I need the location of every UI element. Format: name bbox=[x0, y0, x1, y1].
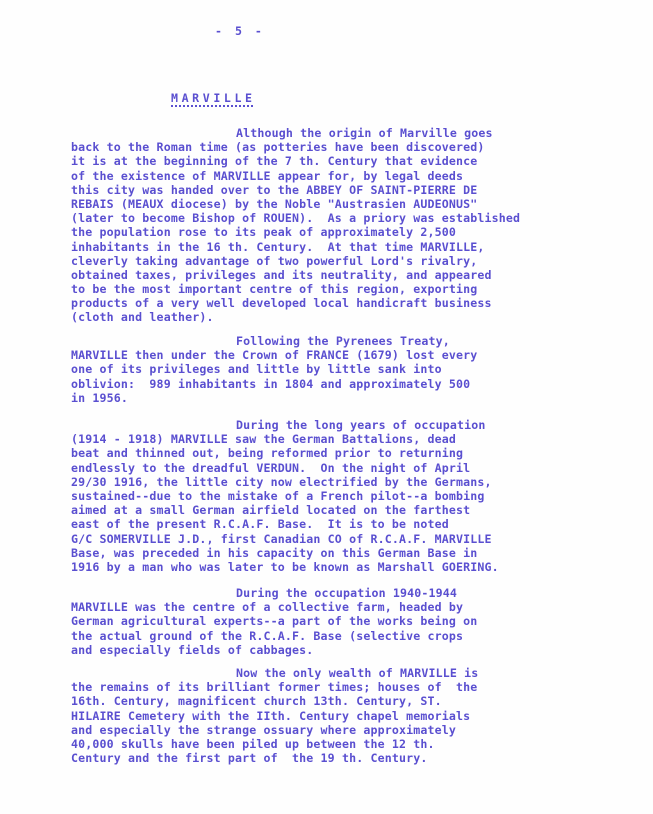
text-line: (later to become Bishop of ROUEN). As a … bbox=[71, 211, 520, 225]
text-line: it is at the beginning of the 7 th. Cent… bbox=[71, 154, 520, 168]
text-line: 29/30 1916, the little city now electrif… bbox=[71, 475, 499, 489]
text-line: MARVILLE was the centre of a collective … bbox=[71, 600, 477, 614]
text-line: products of a very well developed local … bbox=[71, 296, 520, 310]
text-line: one of its privileges and little by litt… bbox=[71, 362, 477, 376]
text-line: German agricultural experts--a part of t… bbox=[71, 614, 477, 628]
text-line: obtained taxes, privileges and its neutr… bbox=[71, 268, 520, 282]
page-number: - 5 - bbox=[215, 24, 265, 38]
text-line: in 1956. bbox=[71, 391, 477, 405]
paragraph-present-wealth: Now the only wealth of MARVILLE isthe re… bbox=[71, 666, 478, 765]
text-line: (cloth and leather). bbox=[71, 310, 520, 324]
text-line: this city was handed over to the ABBEY O… bbox=[71, 183, 520, 197]
text-line: sustained--due to the mistake of a Frenc… bbox=[71, 489, 499, 503]
paragraph-pyrenees-treaty: Following the Pyrenees Treaty,MARVILLE t… bbox=[71, 334, 477, 405]
text-line: the actual ground of the R.C.A.F. Base (… bbox=[71, 629, 477, 643]
paragraph-origins: Although the origin of Marville goesback… bbox=[71, 126, 520, 325]
text-line: 40,000 skulls have been piled up between… bbox=[71, 737, 478, 751]
text-line: Following the Pyrenees Treaty, bbox=[71, 334, 477, 348]
text-line: and especially the strange ossuary where… bbox=[71, 723, 478, 737]
text-line: beat and thinned out, being reformed pri… bbox=[71, 446, 499, 460]
text-line: During the occupation 1940-1944 bbox=[71, 586, 477, 600]
text-line: back to the Roman time (as potteries hav… bbox=[71, 140, 520, 154]
text-line: HILAIRE Cemetery with the IIth. Century … bbox=[71, 709, 478, 723]
paragraph-ww2-occupation: During the occupation 1940-1944MARVILLE … bbox=[71, 586, 477, 657]
text-line: REBAIS (MEAUX diocese) by the Noble "Aus… bbox=[71, 197, 520, 211]
text-line: oblivion: 989 inhabitants in 1804 and ap… bbox=[71, 377, 477, 391]
typewritten-page: - 5 - MARVILLE Although the origin of Ma… bbox=[0, 0, 653, 814]
text-line: and especially fields of cabbages. bbox=[71, 643, 477, 657]
text-line: aimed at a small German airfield located… bbox=[71, 503, 499, 517]
text-line: to be the most important centre of this … bbox=[71, 282, 520, 296]
text-line: of the existence of MARVILLE appear for,… bbox=[71, 169, 520, 183]
text-line: the remains of its brilliant former time… bbox=[71, 680, 478, 694]
text-line: During the long years of occupation bbox=[71, 418, 499, 432]
text-line: Now the only wealth of MARVILLE is bbox=[71, 666, 478, 680]
text-line: (1914 - 1918) MARVILLE saw the German Ba… bbox=[71, 432, 499, 446]
text-line: endlessly to the dreadful VERDUN. On the… bbox=[71, 461, 499, 475]
text-line: the population rose to its peak of appro… bbox=[71, 225, 520, 239]
paragraph-ww1-occupation: During the long years of occupation(1914… bbox=[71, 418, 499, 574]
text-line: 16th. Century, magnificent church 13th. … bbox=[71, 694, 478, 708]
text-line: MARVILLE then under the Crown of FRANCE … bbox=[71, 348, 477, 362]
text-line: Century and the first part of the 19 th.… bbox=[71, 751, 478, 765]
document-title: MARVILLE bbox=[171, 91, 256, 105]
text-line: G/C SOMERVILLE J.D., first Canadian CO o… bbox=[71, 532, 499, 546]
text-line: inhabitants in the 16 th. Century. At th… bbox=[71, 240, 520, 254]
text-line: Base, was preceded in his capacity on th… bbox=[71, 546, 499, 560]
text-line: 1916 by a man who was later to be known … bbox=[71, 560, 499, 574]
text-line: Although the origin of Marville goes bbox=[71, 126, 520, 140]
text-line: cleverly taking advantage of two powerfu… bbox=[71, 254, 520, 268]
text-line: east of the present R.C.A.F. Base. It is… bbox=[71, 517, 499, 531]
